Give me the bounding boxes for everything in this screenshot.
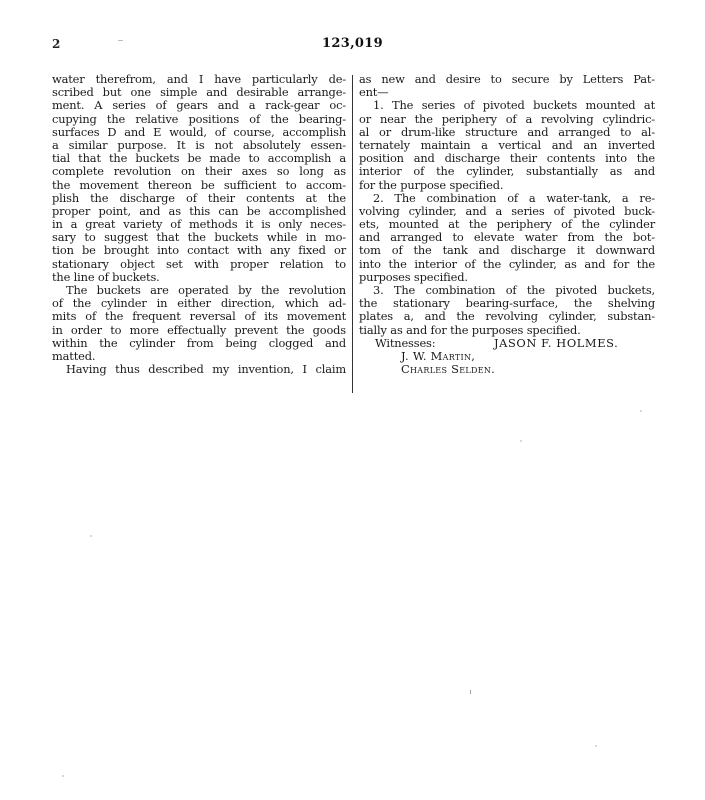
column-divider: [352, 75, 353, 393]
text-line: mits of the frequent reversal of its mov…: [52, 310, 346, 323]
right-column: as new and desire to secure by Letters P…: [359, 73, 655, 376]
witnesses-label: Witnesses:: [375, 337, 435, 350]
scan-speck: [520, 440, 522, 442]
text-line: into the interior of the cylinder, as an…: [359, 258, 655, 271]
witness-line: Charles Selden.: [359, 363, 655, 376]
signature-line: Witnesses: JASON F. HOLMES.: [359, 337, 655, 350]
text-line: within the cylinder from being clogged a…: [52, 337, 346, 350]
witness-name: Charles Selden.: [401, 363, 495, 376]
scan-speck: [640, 410, 642, 412]
text-line: tom of the tank and discharge it downwar…: [359, 244, 655, 257]
scan-speck: [595, 745, 597, 747]
scan-speck: [118, 40, 123, 41]
text-line: or near the periphery of a revolving cyl…: [359, 113, 655, 126]
text-line: in order to more effectually prevent the…: [52, 324, 346, 337]
text-line: interior of the cylinder, substantially …: [359, 165, 655, 178]
scan-speck: [90, 535, 92, 537]
text-line: plates a, and the revolving cylinder, su…: [359, 310, 655, 323]
text-line: tion be brought into contact with any fi…: [52, 244, 346, 257]
text-line: for the purpose specified.: [359, 179, 655, 192]
text-line: stationary object set with proper relati…: [52, 258, 346, 271]
claim-1-line: 1. The series of pivoted buckets mounted…: [359, 99, 655, 112]
text-line: complete revolution on their axes so lon…: [52, 165, 346, 178]
claim-2-line: 2. The combination of a water-tank, a re…: [359, 192, 655, 205]
text-line: plish the discharge of their contents at…: [52, 192, 346, 205]
text-line: surfaces D and E would, of course, accom…: [52, 126, 346, 139]
text-line: tially as and for the purposes specified…: [359, 324, 655, 337]
patent-number: 123,019: [0, 36, 705, 51]
text-line: al or drum-like structure and arranged t…: [359, 126, 655, 139]
inventor-name: JASON F. HOLMES.: [494, 337, 618, 350]
text-line: ment. A series of gears and a rack-gear …: [52, 99, 346, 112]
text-line: cupying the relative positions of the be…: [52, 113, 346, 126]
scan-speck: [470, 690, 471, 694]
left-column: water therefrom, and I have particularly…: [52, 73, 346, 376]
scan-speck: [62, 775, 64, 777]
text-line: as new and desire to secure by Letters P…: [359, 73, 655, 86]
text-line: Having thus described my invention, I cl…: [52, 363, 346, 376]
text-line: the movement thereon be sufficient to ac…: [52, 179, 346, 192]
